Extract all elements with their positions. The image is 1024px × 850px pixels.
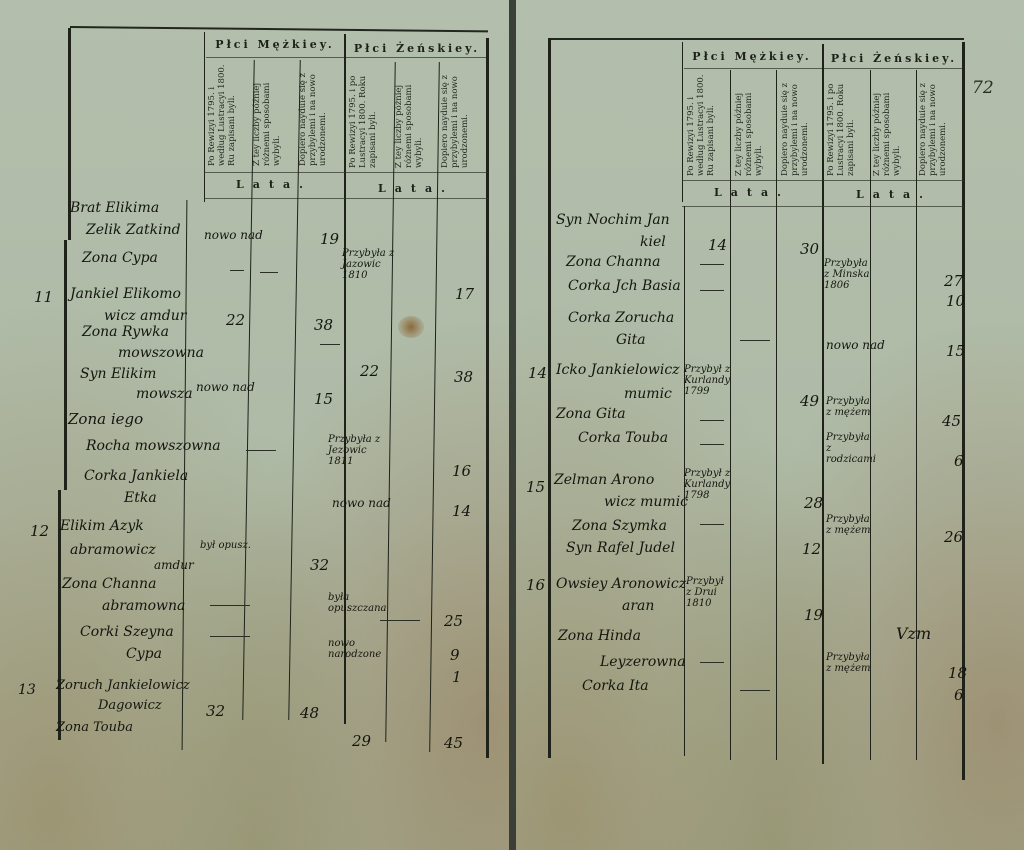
- entry-value: 19: [804, 606, 823, 624]
- entry-value: 16: [452, 462, 471, 480]
- entry-note: Przybył z Kurlandy 1799: [684, 364, 744, 397]
- entry-value: 14: [708, 236, 727, 254]
- entry-note: Przybyła z Minska 1806: [824, 258, 872, 291]
- entry-name: wicz mumic: [604, 494, 688, 510]
- entry-name: Brat Elikima: [70, 200, 159, 216]
- entry-value: 32: [310, 556, 329, 574]
- entry-name: Zona Channa: [566, 254, 660, 270]
- entry-number: 11: [34, 288, 53, 306]
- entry-name: Jankiel Elikomo: [70, 286, 181, 302]
- right-male-years-label: Lata.: [684, 186, 820, 199]
- left-male-col3-header: Dopiero nayduie się z przybylemi i na no…: [298, 62, 336, 166]
- right-col-line: [730, 70, 731, 760]
- entry-name: mowszowna: [118, 345, 204, 361]
- entry-value: 10: [946, 292, 965, 310]
- blank-dash: [740, 340, 770, 341]
- entry-name: mumic: [624, 386, 672, 402]
- entry-name: Gita: [616, 332, 646, 348]
- left-male-col1-header: Po Rewizyi 1795. i według Lustracyi 1800…: [207, 62, 245, 166]
- entry-name: Owsiey Aronowicz: [556, 576, 686, 592]
- entry-value: 12: [802, 540, 821, 558]
- left-lata-rule: [204, 172, 488, 173]
- entry-name: amdur: [154, 558, 194, 572]
- entry-name: wicz amdur: [104, 308, 186, 324]
- entry-note: był opusz.: [200, 540, 251, 551]
- left-gender-divider: [344, 34, 346, 724]
- entry-name: Syn Elikim: [80, 366, 156, 382]
- entry-name: Cypa: [126, 646, 162, 662]
- right-gender-divider: [822, 44, 824, 764]
- entry-value: 38: [454, 368, 473, 386]
- blank-dash: [260, 272, 278, 273]
- entry-value: 32: [206, 702, 225, 720]
- blank-dash: [380, 620, 420, 621]
- entry-value: 25: [444, 612, 463, 630]
- entry-name: Zona Channa: [62, 576, 156, 592]
- entry-note: nowo nad: [196, 380, 255, 394]
- entry-note: Przybyła z mężem: [826, 652, 872, 674]
- right-col-line: [916, 70, 917, 760]
- entry-name: Zona Cypa: [82, 250, 158, 266]
- entry-value: 18: [948, 664, 967, 682]
- entry-value: 27: [944, 272, 963, 290]
- entry-value: 6: [954, 686, 964, 704]
- entry-name: aran: [622, 598, 654, 614]
- entry-name: Zona Rywka: [82, 324, 169, 340]
- entry-name: Rocha mowszowna: [86, 438, 221, 454]
- left-right-frame: [486, 38, 489, 758]
- entry-value: 29: [352, 732, 371, 750]
- entry-name: Icko Jankielowicz: [556, 362, 680, 378]
- left-male-header: Płci Mężkiey.: [206, 38, 344, 51]
- left-female-col3-header: Dopiero nayduie się z przybylemi i na no…: [440, 64, 480, 168]
- blank-dash: [210, 636, 250, 637]
- entry-name: Zona Szymka: [572, 518, 667, 534]
- entry-name: Corka Zorucha: [568, 310, 674, 326]
- entry-name: Leyzerowna: [600, 654, 686, 670]
- blank-dash: [740, 690, 770, 691]
- entry-value: 15: [946, 342, 965, 360]
- entry-value: 15: [314, 390, 333, 408]
- entry-note: nowo narodzone: [328, 638, 368, 660]
- page-number: 72: [972, 78, 994, 98]
- blank-dash: [700, 290, 724, 291]
- left-female-col1-header: Po Rewizyi 1795. i po Lustracyi 1800. Ro…: [348, 64, 384, 168]
- blank-dash: [230, 270, 244, 271]
- entry-note: nowo nad: [332, 496, 391, 510]
- entry-number: 15: [526, 478, 545, 496]
- entry-name: Corka Ita: [582, 678, 649, 694]
- entry-value: 45: [444, 734, 463, 752]
- entry-name: mowsza: [136, 386, 193, 402]
- entry-value: 6: [954, 452, 964, 470]
- entry-note: nowo nad: [204, 228, 263, 242]
- stain-mark: [398, 316, 424, 338]
- entry-note: Przybyła z Jezowic 1811: [328, 434, 390, 467]
- right-male-col3-header: Dopiero nayduie się z przybylemi i na no…: [780, 72, 818, 176]
- entry-number: 16: [526, 576, 545, 594]
- entry-number: 12: [30, 522, 49, 540]
- entry-number: 14: [528, 364, 547, 382]
- entry-note: nowo nad: [826, 338, 885, 352]
- right-top-rule: [548, 38, 964, 40]
- entry-number: 13: [18, 682, 36, 698]
- entry-name: Syn Rafel Judel: [566, 540, 675, 556]
- entry-value: 49: [800, 392, 819, 410]
- entry-name: Zona iego: [68, 410, 143, 428]
- entry-name: Etka: [124, 490, 157, 506]
- left-male-col2-header: Z tey liczby później różnemi sposobami w…: [252, 62, 288, 166]
- entry-value: 17: [455, 285, 474, 303]
- entry-note: Przybył z Drui 1810: [686, 576, 730, 609]
- blank-dash: [246, 450, 276, 451]
- left-female-header: Płci Żeńskiey.: [348, 42, 486, 55]
- right-col-line: [776, 70, 777, 760]
- right-name-col-divider: [682, 42, 683, 202]
- entry-value: 9: [450, 646, 460, 664]
- entry-name: Elikim Azyk: [60, 518, 144, 534]
- entry-note: Przybył z Kurlandy 1798: [684, 468, 748, 501]
- entry-name: kiel: [640, 234, 666, 250]
- right-male-col2-header: Z tey liczby później różnemi sposobami w…: [734, 72, 770, 176]
- right-female-years-label: Lata.: [826, 188, 962, 201]
- entry-name: Zona Touba: [56, 720, 133, 735]
- entry-value: 14: [452, 502, 471, 520]
- right-female-col3-header: Dopiero nayduie się z przybylemi i na no…: [918, 72, 958, 176]
- entry-name: Dagowicz: [98, 698, 162, 713]
- entry-name: Zelman Arono: [554, 472, 654, 488]
- right-female-header: Płci Żeńskiey.: [826, 52, 962, 65]
- right-female-col1-header: Po Rewizyi 1795. i po Lustracyi 1800. Ro…: [826, 72, 864, 176]
- entry-name: Zelik Zatkind: [86, 222, 181, 238]
- blank-dash: [700, 662, 724, 663]
- entry-value: 22: [226, 311, 245, 329]
- blank-dash: [700, 524, 724, 525]
- entry-value: 22: [360, 362, 379, 380]
- entry-value: 1: [452, 668, 462, 686]
- entry-note: Przybyła z mężem: [826, 396, 872, 418]
- right-male-col1-header: Po Rewizyi 1795. i według Lustracyi 1800…: [686, 72, 724, 176]
- left-female-col2-header: Z tey liczby później różnemi sposobami w…: [394, 64, 430, 168]
- left-name-col-divider: [204, 32, 205, 202]
- entry-name: Zona Gita: [556, 406, 626, 422]
- blank-dash: [320, 344, 340, 345]
- entry-value: 38: [314, 316, 333, 334]
- entry-value: 45: [942, 412, 961, 430]
- right-male-header: Płci Mężkiey.: [684, 50, 820, 63]
- right-table-top-rule: [682, 206, 964, 207]
- entry-name: Syn Nochim Jan: [556, 212, 670, 228]
- left-subheader-rule: [206, 57, 486, 58]
- entry-name: Zoruch Jankielowicz: [56, 678, 190, 693]
- entry-name: abramowna: [102, 598, 185, 614]
- entry-name: abramowicz: [70, 542, 156, 558]
- entry-name: Corka Jankiela: [84, 468, 188, 484]
- entry-value: 28: [804, 494, 823, 512]
- right-lata-rule: [682, 180, 964, 181]
- blank-dash: [700, 264, 724, 265]
- entry-value: 19: [320, 230, 339, 248]
- entry-note: Przybyła z rodzicami: [826, 432, 872, 465]
- entry-name: Corka Jch Basia: [568, 278, 681, 294]
- left-frame-line: [64, 240, 67, 490]
- entry-value: 30: [800, 240, 819, 258]
- entry-note: Przybyła z Jazowic 1810: [342, 248, 398, 281]
- entry-value: 26: [944, 528, 963, 546]
- entry-name: Corka Touba: [578, 430, 668, 446]
- right-frame-line: [548, 38, 551, 758]
- entry-note: Przybyła z mężem: [826, 514, 872, 536]
- left-table-top-rule: [204, 198, 488, 199]
- left-female-years-label: Lata.: [346, 182, 486, 195]
- entry-name: Corki Szeyna: [80, 624, 174, 640]
- entry-name: Zona Hinda: [558, 628, 641, 644]
- left-male-years-label: Lata.: [206, 178, 342, 191]
- blank-dash: [210, 605, 250, 606]
- entry-value: 48: [300, 704, 319, 722]
- right-female-col2-header: Z tey liczby później różnemi sposobami w…: [872, 72, 908, 176]
- margin-annotation: Vzm: [896, 624, 931, 643]
- blank-dash: [700, 420, 724, 421]
- entry-note: była opuszczana: [328, 592, 374, 614]
- blank-dash: [700, 444, 724, 445]
